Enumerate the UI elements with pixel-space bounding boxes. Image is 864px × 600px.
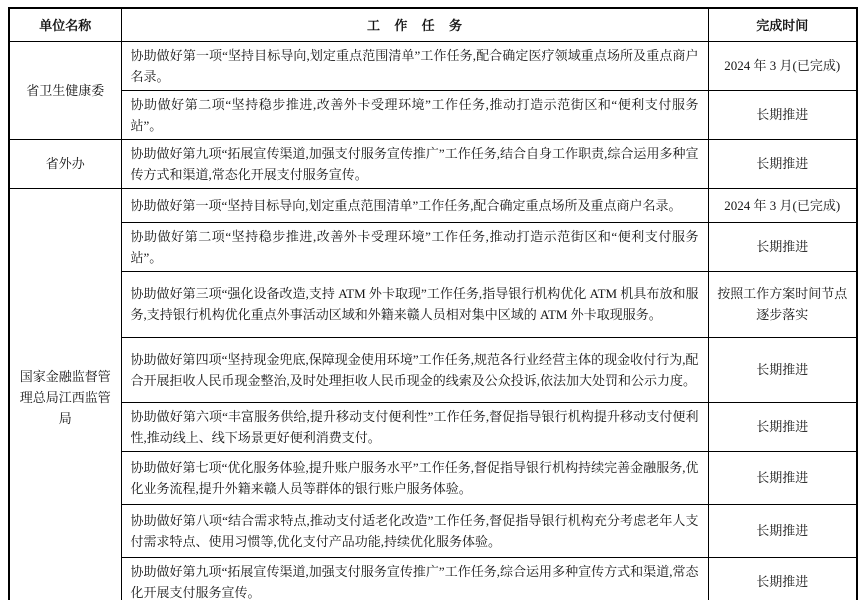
unit-cell: 国家金融监督管理总局江西监管局 (9, 188, 121, 600)
time-cell: 长期推进 (708, 222, 857, 271)
time-cell: 2024 年 3 月(已完成) (708, 188, 857, 222)
header-unit-name: 单位名称 (9, 8, 121, 41)
table-row: 协助做好第三项“强化设备改造,支持 ATM 外卡取现”工作任务,指导银行机构优化… (9, 271, 857, 337)
task-cell: 协助做好第三项“强化设备改造,支持 ATM 外卡取现”工作任务,指导银行机构优化… (121, 271, 708, 337)
document-page: 单位名称 工作任务 完成时间 省卫生健康委 协助做好第一项“坚持目标导向,划定重… (8, 7, 856, 600)
time-cell: 长期推进 (708, 451, 857, 504)
table-row: 协助做好第七项“优化服务体验,提升账户服务水平”工作任务,督促指导银行机构持续完… (9, 451, 857, 504)
task-cell: 协助做好第一项“坚持目标导向,划定重点范围清单”工作任务,配合确定重点场所及重点… (121, 188, 708, 222)
time-cell: 长期推进 (708, 402, 857, 451)
table-row: 协助做好第六项“丰富服务供给,提升移动支付便利性”工作任务,督促指导银行机构提升… (9, 402, 857, 451)
unit-cell: 省外办 (9, 139, 121, 188)
task-cell: 协助做好第一项“坚持目标导向,划定重点范围清单”工作任务,配合确定医疗领域重点场… (121, 41, 708, 90)
table-row: 省卫生健康委 协助做好第一项“坚持目标导向,划定重点范围清单”工作任务,配合确定… (9, 41, 857, 90)
table-row: 协助做好第四项“坚持现金兜底,保障现金使用环境”工作任务,规范各行业经营主体的现… (9, 337, 857, 402)
time-cell: 长期推进 (708, 504, 857, 557)
time-cell: 长期推进 (708, 557, 857, 600)
time-cell: 按照工作方案时间节点逐步落实 (708, 271, 857, 337)
table-row: 国家金融监督管理总局江西监管局 协助做好第一项“坚持目标导向,划定重点范围清单”… (9, 188, 857, 222)
table-row: 协助做好第二项“坚持稳步推进,改善外卡受理环境”工作任务,推动打造示范街区和“便… (9, 222, 857, 271)
table-row: 协助做好第八项“结合需求特点,推动支付适老化改造”工作任务,督促指导银行机构充分… (9, 504, 857, 557)
time-cell: 长期推进 (708, 90, 857, 139)
time-cell: 长期推进 (708, 139, 857, 188)
header-completion-time: 完成时间 (708, 8, 857, 41)
task-assignment-table: 单位名称 工作任务 完成时间 省卫生健康委 协助做好第一项“坚持目标导向,划定重… (8, 7, 858, 600)
header-row: 单位名称 工作任务 完成时间 (9, 8, 857, 41)
table-row: 协助做好第九项“拓展宣传渠道,加强支付服务宣传推广”工作任务,综合运用多种宣传方… (9, 557, 857, 600)
task-cell: 协助做好第六项“丰富服务供给,提升移动支付便利性”工作任务,督促指导银行机构提升… (121, 402, 708, 451)
task-cell: 协助做好第二项“坚持稳步推进,改善外卡受理环境”工作任务,推动打造示范街区和“便… (121, 222, 708, 271)
task-cell: 协助做好第七项“优化服务体验,提升账户服务水平”工作任务,督促指导银行机构持续完… (121, 451, 708, 504)
table-row: 协助做好第二项“坚持稳步推进,改善外卡受理环境”工作任务,推动打造示范街区和“便… (9, 90, 857, 139)
table-row: 省外办 协助做好第九项“拓展宣传渠道,加强支付服务宣传推广”工作任务,结合自身工… (9, 139, 857, 188)
header-work-task: 工作任务 (121, 8, 708, 41)
time-cell: 长期推进 (708, 337, 857, 402)
task-cell: 协助做好第二项“坚持稳步推进,改善外卡受理环境”工作任务,推动打造示范街区和“便… (121, 90, 708, 139)
unit-cell: 省卫生健康委 (9, 41, 121, 139)
task-cell: 协助做好第四项“坚持现金兜底,保障现金使用环境”工作任务,规范各行业经营主体的现… (121, 337, 708, 402)
task-cell: 协助做好第八项“结合需求特点,推动支付适老化改造”工作任务,督促指导银行机构充分… (121, 504, 708, 557)
task-cell: 协助做好第九项“拓展宣传渠道,加强支付服务宣传推广”工作任务,结合自身工作职责,… (121, 139, 708, 188)
task-cell: 协助做好第九项“拓展宣传渠道,加强支付服务宣传推广”工作任务,综合运用多种宣传方… (121, 557, 708, 600)
time-cell: 2024 年 3 月(已完成) (708, 41, 857, 90)
